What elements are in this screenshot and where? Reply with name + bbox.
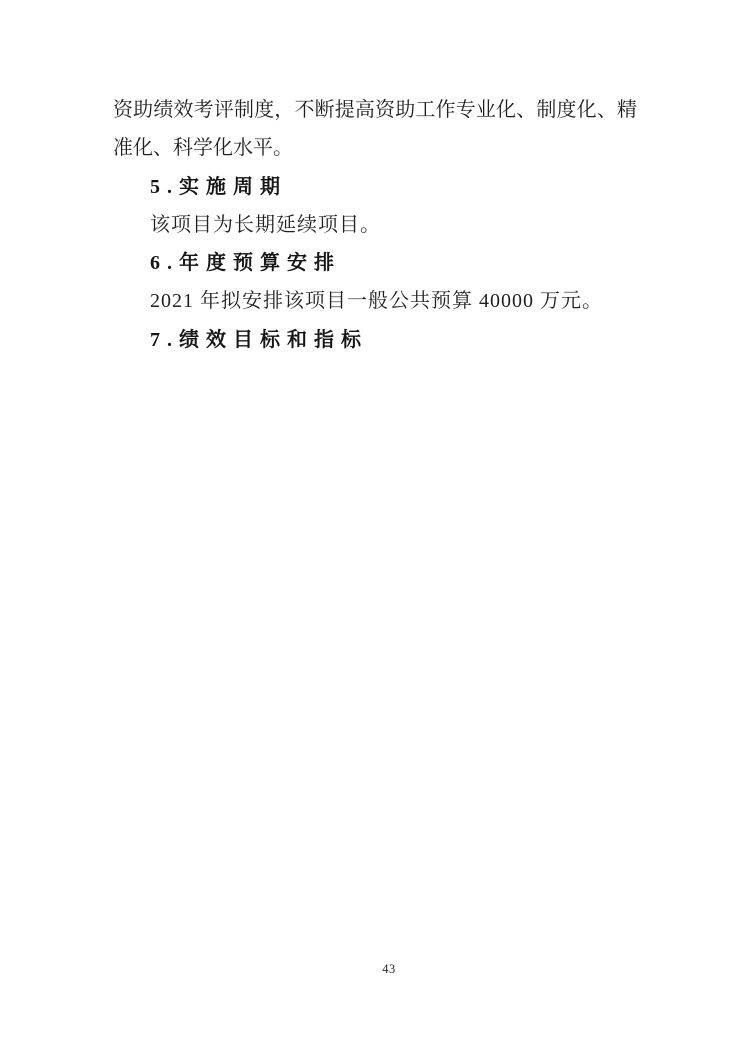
text-content: 资助绩效考评制度，不断提高资助工作专业化、制度化、精 准化、科学化水平。 5.实… [113, 91, 637, 359]
paragraph-continuation-line-1: 资助绩效考评制度，不断提高资助工作专业化、制度化、精 [113, 91, 637, 129]
document-page: 资助绩效考评制度，不断提高资助工作专业化、制度化、精 准化、科学化水平。 5.实… [0, 0, 750, 1060]
paragraph-continuation-line-2: 准化、科学化水平。 [113, 129, 637, 167]
section-body-annual-budget: 2021 年拟安排该项目一般公共预算 40000 万元。 [113, 282, 637, 320]
section-heading-implementation-period: 5.实施周期 [113, 168, 637, 206]
section-heading-annual-budget: 6.年度预算安排 [113, 244, 637, 282]
page-number: 43 [14, 962, 750, 977]
section-heading-performance-targets: 7.绩效目标和指标 [113, 321, 637, 359]
section-body-implementation-period: 该项目为长期延续项目。 [113, 206, 637, 244]
